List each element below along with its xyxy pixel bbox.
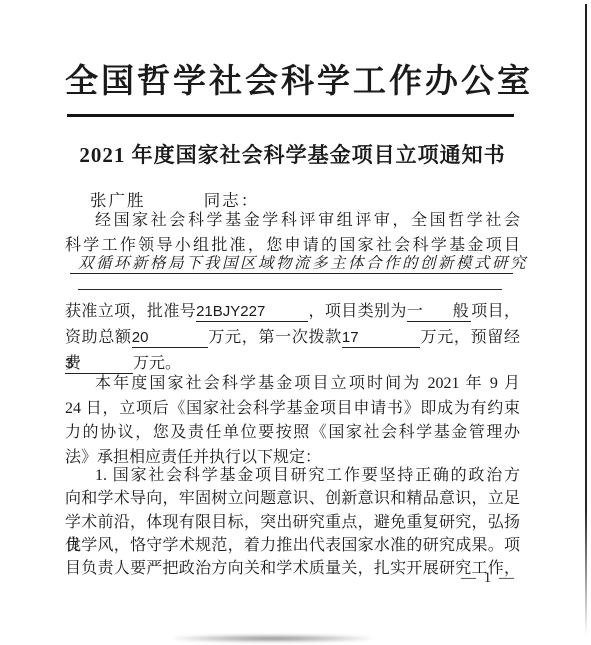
body-line: 学术前沿，体现有限目标，突出研究重点，避免重复研究，弘扬优 [65,511,520,534]
salutation-suffix: 同志： [204,191,260,210]
page-content: 全国哲学社会科学工作办公室 2021 年度国家社会科学基金项目立项通知书 张广胜… [65,0,520,645]
reserved-amount-blank: 3 [65,354,133,374]
approval-number-blank: 21BJY227 [196,302,308,322]
body-line: 资助总额20万元，第一次拨款17万元，预留经费 [65,325,520,351]
body-line: 力的协议，您及责任单位要按照《国家社会科学基金管理办 [65,421,520,446]
body-line: 24 日，立项后《国家社会科学基金项目申请书》即成为有约束 [65,397,520,422]
paragraph-intro: 经国家社会科学基金学科评审组评审，全国哲学社会 科学工作领导小组批准，您申请的国… [65,209,520,258]
salutation-line: 张广胜 同志： [65,187,520,211]
scan-page-edge-line [585,4,587,636]
project-title-filled-line: 双循环新格局下我国区域物流多主体合作的创新模式研究 [70,254,513,274]
body-line: 经国家社会科学基金学科评审组评审，全国哲学社会 [65,209,520,234]
page-number: — 1 — [461,570,516,587]
approval-text: 获准立项，批准号 [65,303,196,320]
paragraph-approval-details: 获准立项，批准号21BJY227，项目类别为一般项目， 资助总额20万元，第一次… [65,299,520,377]
body-line: 向和学术导向，牢固树立问题意识、创新意识和精品意识，立足 [65,487,520,510]
body-line: 1. 国家社会科学基金项目研究工作要坚持正确的政治方 [65,464,520,487]
approval-text: ，项目类别为 [308,303,407,320]
first-payment-blank: 17 [342,328,420,348]
project-category-blank: 一般 [407,302,471,322]
approval-text: 万元，第一次拨款 [208,329,342,346]
document-title: 2021 年度国家社会科学基金项目立项通知书 [65,139,520,169]
body-line: 目负责人要严把政治方向关和学术质量关，扎实开展研究工作， [65,557,520,580]
paragraph-rule-1: 1. 国家社会科学基金项目研究工作要坚持正确的政治方 向和学术导向，牢固树立问题… [65,464,520,580]
body-line: 良学风，恪守学术规范，着力推出代表国家水准的研究成果。项 [65,534,520,557]
scan-bottom-shadow [175,635,370,642]
scanned-document-page: 全国哲学社会科学工作办公室 2021 年度国家社会科学基金项目立项通知书 张广胜… [0,0,591,645]
approval-text: 项目， [471,303,520,320]
approval-text: 资助总额 [65,329,132,346]
project-title-blank-continuation-line [78,273,502,290]
paragraph-terms: 本年度国家社会科学基金项目立项时间为 2021 年 9 月 24 日，立项后《国… [65,372,520,470]
approval-text: 万元。 [133,355,181,372]
recipient-name: 张广胜 [90,191,146,210]
header-divider-line [67,114,514,117]
org-header-title: 全国哲学社会科学工作办公室 [65,55,520,102]
body-line: 获准立项，批准号21BJY227，项目类别为一般项目， [65,299,520,325]
total-amount-blank: 20 [132,328,208,348]
body-line: 本年度国家社会科学基金项目立项时间为 2021 年 9 月 [65,372,520,397]
